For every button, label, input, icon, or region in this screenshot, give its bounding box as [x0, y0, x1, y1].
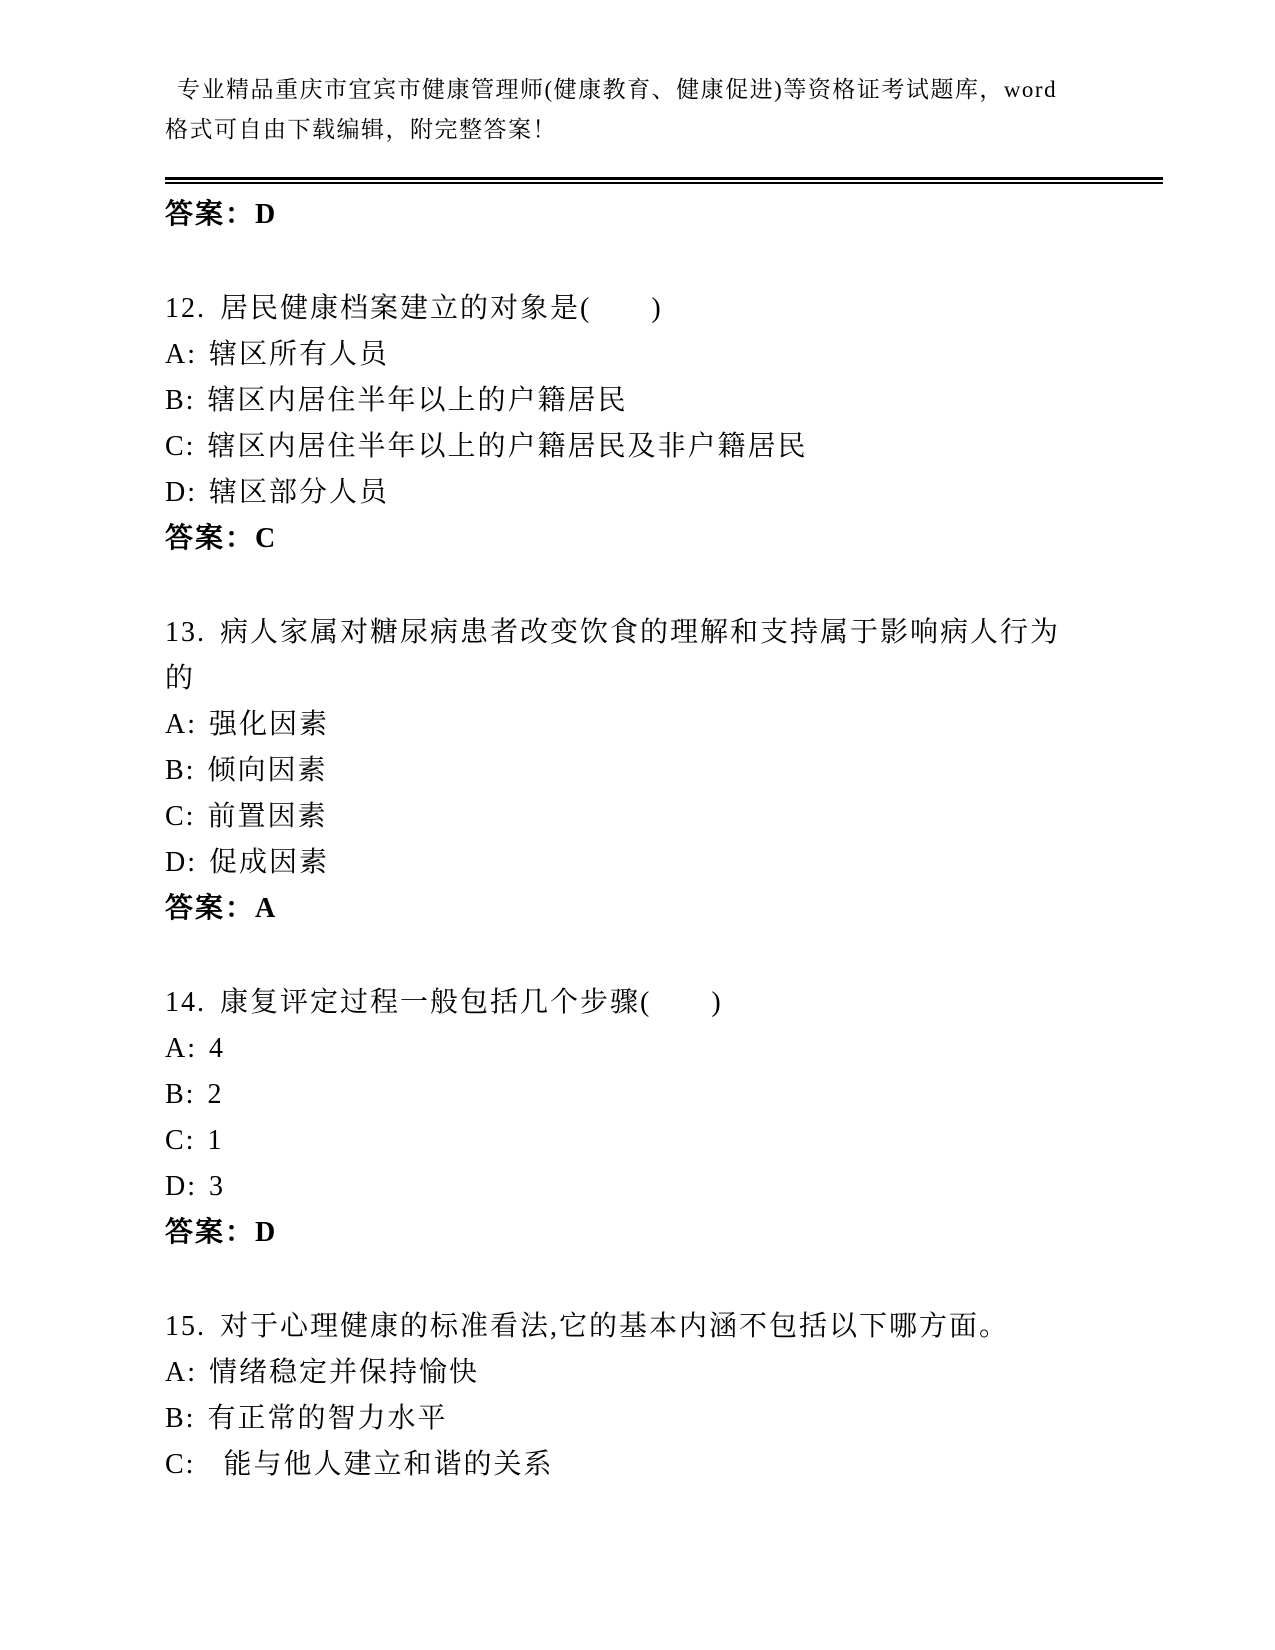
- option-text: 辖区部分人员: [209, 477, 389, 508]
- header-text-line: 格式可自由下载编辑，附完整答案！: [165, 110, 1085, 150]
- question-block: 13.病人家属对糖尿病患者改变饮食的理解和支持属于影响病人行为的 A:强化因素 …: [165, 610, 1085, 932]
- option-line: D:促成因素: [165, 840, 1085, 886]
- header-text-line: 专业精品重庆市宜宾市健康管理师(健康教育、健康促进)等资格证考试题库，word: [165, 70, 1085, 110]
- option-line: B:2: [165, 1072, 1085, 1118]
- question-text-line: 14.康复评定过程一般包括几个步骤( ): [165, 980, 1085, 1026]
- question-text-line: 12.居民健康档案建立的对象是( ): [165, 286, 1085, 332]
- option-list: A:辖区所有人员 B:辖区内居住半年以上的户籍居民 C:辖区内居住半年以上的户籍…: [165, 332, 1085, 516]
- option-text: 有正常的智力水平: [207, 1403, 447, 1434]
- option-label: D:: [165, 1171, 197, 1202]
- option-text: 情绪稳定并保持愉快: [209, 1357, 479, 1388]
- question-list: 12.居民健康档案建立的对象是( ) A:辖区所有人员 B:辖区内居住半年以上的…: [165, 286, 1085, 1488]
- option-text: 3: [209, 1171, 225, 1202]
- answer-line: 答案：C: [165, 516, 1085, 562]
- option-line: D:辖区部分人员: [165, 470, 1085, 516]
- answer-line: 答案：A: [165, 886, 1085, 932]
- option-text: 辖区所有人员: [209, 339, 389, 370]
- answer-prefix: 答案：: [165, 523, 255, 554]
- option-line: B:倾向因素: [165, 748, 1085, 794]
- option-label: C:: [165, 1449, 195, 1480]
- option-text: 促成因素: [209, 847, 329, 878]
- answer-value: A: [255, 893, 277, 924]
- option-text: 4: [209, 1033, 225, 1064]
- option-line: C: 能与他人建立和谐的关系: [165, 1442, 1085, 1488]
- question-block: 15.对于心理健康的标准看法,它的基本内涵不包括以下哪方面。 A:情绪稳定并保持…: [165, 1304, 1085, 1488]
- question-title: 对于心理健康的标准看法,它的基本内涵不包括以下哪方面。: [220, 1311, 1009, 1342]
- option-list: A:强化因素 B:倾向因素 C:前置因素 D:促成因素: [165, 702, 1085, 886]
- option-text: 1: [207, 1125, 223, 1156]
- option-line: B:辖区内居住半年以上的户籍居民: [165, 378, 1085, 424]
- question-title: 居民健康档案建立的对象是( ): [220, 293, 663, 324]
- option-label: A:: [165, 339, 197, 370]
- answer-prefix: 答案：: [165, 893, 255, 924]
- option-line: A:情绪稳定并保持愉快: [165, 1350, 1085, 1396]
- answer-prefix: 答案：: [165, 1217, 255, 1248]
- option-line: A:辖区所有人员: [165, 332, 1085, 378]
- option-label: C:: [165, 431, 195, 462]
- option-label: A:: [165, 709, 197, 740]
- option-text: 倾向因素: [207, 755, 327, 786]
- option-label: C:: [165, 1125, 195, 1156]
- option-line: D:3: [165, 1164, 1085, 1210]
- answer-prefix: 答案：: [165, 199, 255, 230]
- option-line: C:辖区内居住半年以上的户籍居民及非户籍居民: [165, 424, 1085, 470]
- option-label: B:: [165, 1403, 195, 1434]
- option-line: A:强化因素: [165, 702, 1085, 748]
- question-number: 12.: [165, 293, 206, 324]
- option-list: A:4 B:2 C:1 D:3: [165, 1026, 1085, 1210]
- option-text: 前置因素: [207, 801, 327, 832]
- option-line: C:1: [165, 1118, 1085, 1164]
- question-title: 病人家属对糖尿病患者改变饮食的理解和支持属于影响病人行为的: [165, 617, 1060, 694]
- document-header: 专业精品重庆市宜宾市健康管理师(健康教育、健康促进)等资格证考试题库，word …: [165, 0, 1085, 150]
- answer-line: 答案：D: [165, 1210, 1085, 1256]
- header-divider-rule: [165, 177, 1163, 184]
- page-content: 专业精品重庆市宜宾市健康管理师(健康教育、健康促进)等资格证考试题库，word …: [165, 0, 1085, 1488]
- option-label: D:: [165, 847, 197, 878]
- option-text: 能与他人建立和谐的关系: [207, 1449, 553, 1480]
- question-text-line: 15.对于心理健康的标准看法,它的基本内涵不包括以下哪方面。: [165, 1304, 1085, 1350]
- option-label: B:: [165, 1079, 195, 1110]
- question-block: 14.康复评定过程一般包括几个步骤( ) A:4 B:2 C:1 D:3 答案：…: [165, 980, 1085, 1256]
- option-label: A:: [165, 1357, 197, 1388]
- option-text: 辖区内居住半年以上的户籍居民: [207, 385, 627, 416]
- option-line: A:4: [165, 1026, 1085, 1072]
- option-label: A:: [165, 1033, 197, 1064]
- option-list: A:情绪稳定并保持愉快 B:有正常的智力水平 C: 能与他人建立和谐的关系: [165, 1350, 1085, 1488]
- previous-answer-line: 答案：D: [165, 192, 1085, 238]
- question-number: 15.: [165, 1311, 206, 1342]
- question-block: 12.居民健康档案建立的对象是( ) A:辖区所有人员 B:辖区内居住半年以上的…: [165, 286, 1085, 562]
- option-label: B:: [165, 385, 195, 416]
- question-number: 13.: [165, 617, 206, 648]
- option-label: C:: [165, 801, 195, 832]
- option-text: 强化因素: [209, 709, 329, 740]
- question-title: 康复评定过程一般包括几个步骤( ): [220, 987, 723, 1018]
- option-line: B:有正常的智力水平: [165, 1396, 1085, 1442]
- question-number: 14.: [165, 987, 206, 1018]
- answer-value: C: [255, 523, 277, 554]
- answer-value: D: [255, 199, 277, 230]
- document-page: 专业精品重庆市宜宾市健康管理师(健康教育、健康促进)等资格证考试题库，word …: [0, 0, 1275, 1650]
- question-text-line: 13.病人家属对糖尿病患者改变饮食的理解和支持属于影响病人行为的: [165, 610, 1085, 702]
- answer-value: D: [255, 1217, 277, 1248]
- option-text: 2: [207, 1079, 223, 1110]
- option-label: B:: [165, 755, 195, 786]
- option-text: 辖区内居住半年以上的户籍居民及非户籍居民: [207, 431, 807, 462]
- option-label: D:: [165, 477, 197, 508]
- option-line: C:前置因素: [165, 794, 1085, 840]
